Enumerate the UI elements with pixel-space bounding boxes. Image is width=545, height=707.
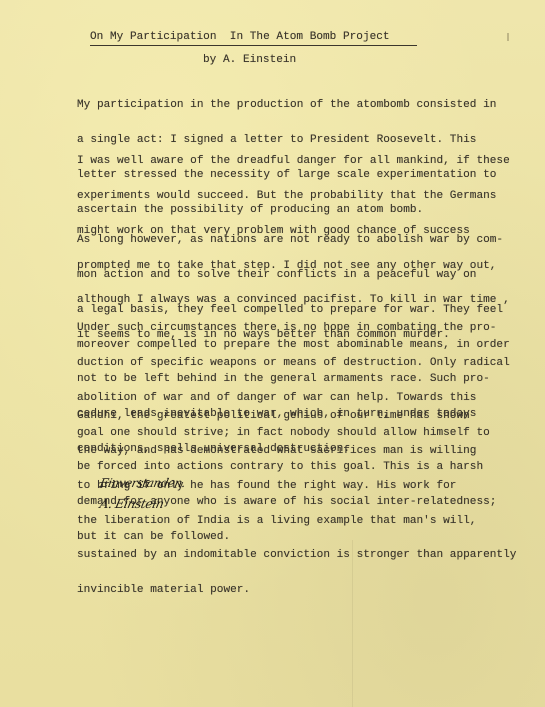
text-line: mon action and to solve their conflicts …: [77, 270, 510, 282]
document-byline: by A. Einstein: [203, 55, 296, 67]
paper-blemish: [507, 33, 509, 41]
text-line: invincible material power.: [77, 585, 516, 597]
text-line: sustained by an indomitable conviction i…: [77, 550, 516, 562]
text-line: experiments would succeed. But the proba…: [77, 191, 510, 203]
text-line: duction of specific weapons or means of …: [77, 358, 510, 370]
handwritten-signature: A. Einstein: [98, 496, 165, 511]
text-line: As long however, as nations are not read…: [77, 235, 510, 247]
text-line: Under such circumstances there is no hop…: [77, 323, 510, 335]
text-line: the way, and has demonstrated what sacri…: [77, 446, 516, 458]
document-title: On My Participation In The Atom Bomb Pro…: [90, 32, 417, 46]
text-line: the liberation of India is a living exam…: [77, 516, 516, 528]
text-line: I was well aware of the dreadful danger …: [77, 156, 510, 168]
text-line: Gandhi, the greatest political genius of…: [77, 411, 516, 423]
handwritten-annotation: Einverstanden.: [99, 476, 187, 490]
text-line: My participation in the production of th…: [77, 100, 496, 112]
